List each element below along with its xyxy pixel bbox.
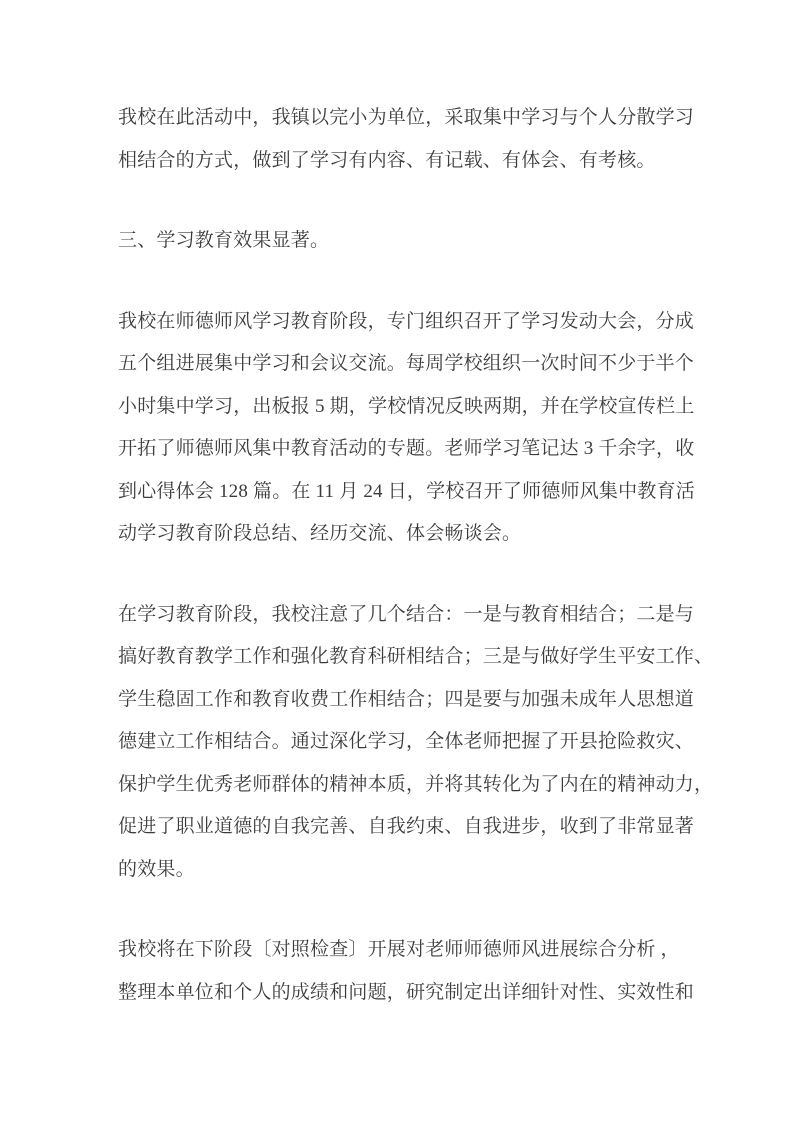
document-page: 我校在此活动中，我镇以完小为单位，采取集中学习与个人分散学习相结合的方式，做到了…: [0, 0, 793, 1122]
text-line: 动学习教育阶段总结、经历交流、体会畅谈会。: [118, 513, 693, 556]
text-line: 在学习教育阶段，我校注意了几个结合：一是与教育相结合；二是与: [118, 594, 693, 637]
text-line: 开拓了师德师风集中教育活动的专题。老师学习笔记达 3 千余字，收: [118, 428, 693, 471]
text-line: 相结合的方式，做到了学习有内容、有记载、有体会、有考核。: [118, 140, 693, 183]
text-line: 我校在师德师风学习教育阶段，专门组织召开了学习发动大会，分成: [118, 301, 693, 344]
paragraph: 我校在师德师风学习教育阶段，专门组织召开了学习发动大会，分成五个组进展集中学习和…: [118, 301, 693, 556]
text-line: 我校在此活动中，我镇以完小为单位，采取集中学习与个人分散学习: [118, 97, 693, 140]
paragraph: 我校将在下阶段〔对照检查〕开展对老师师德师风进展综合分析 ，整理本单位和个人的成…: [118, 929, 693, 1014]
section-heading: 三、学习教育效果显著。: [118, 220, 693, 263]
text-line: 保护学生优秀老师群体的精神本质，并将其转化为了内在的精神动力，: [118, 764, 693, 807]
text-line: 的效果。: [118, 849, 693, 892]
paragraph: 在学习教育阶段，我校注意了几个结合：一是与教育相结合；二是与搞好教育教学工作和强…: [118, 594, 693, 892]
text-line: 三、学习教育效果显著。: [118, 220, 693, 263]
text-line: 五个组进展集中学习和会议交流。每周学校组织一次时间不少于半个: [118, 343, 693, 386]
document-body: 我校在此活动中，我镇以完小为单位，采取集中学习与个人分散学习相结合的方式，做到了…: [118, 97, 693, 1014]
text-line: 促进了职业道德的自我完善、自我约束、自我进步，收到了非常显著: [118, 806, 693, 849]
paragraph: 我校在此活动中，我镇以完小为单位，采取集中学习与个人分散学习相结合的方式，做到了…: [118, 97, 693, 182]
text-line: 我校将在下阶段〔对照检查〕开展对老师师德师风进展综合分析 ，: [118, 929, 693, 972]
text-line: 到心得体会 128 篇。在 11 月 24 日，学校召开了师德师风集中教育活: [118, 471, 693, 514]
text-line: 搞好教育教学工作和强化教育科研相结合；三是与做好学生平安工作、: [118, 636, 693, 679]
text-line: 小时集中学习，出板报 5 期，学校情况反映两期，并在学校宣传栏上: [118, 386, 693, 429]
text-line: 整理本单位和个人的成绩和问题，研究制定出详细针对性、实效性和: [118, 972, 693, 1015]
text-line: 德建立工作相结合。通过深化学习，全体老师把握了开县抢险救灾、: [118, 721, 693, 764]
text-line: 学生稳固工作和教育收费工作相结合；四是要与加强未成年人思想道: [118, 679, 693, 722]
